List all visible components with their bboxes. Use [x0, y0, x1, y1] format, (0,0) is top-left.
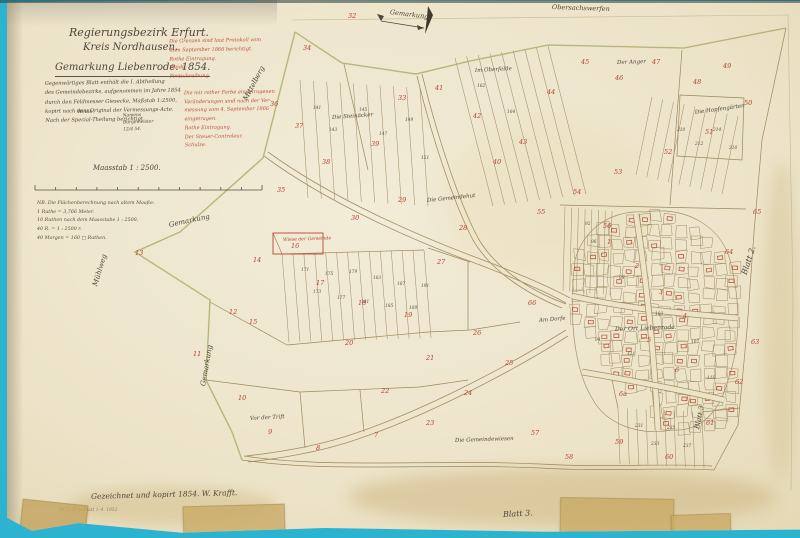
parcel-number: 38 — [322, 158, 330, 166]
parcel-number: 19 — [404, 311, 412, 319]
parcel-number: 61 — [706, 419, 714, 427]
parcel-number: 141 — [313, 106, 321, 111]
parcel-number: 60 — [665, 453, 673, 461]
parcel-number: 28 — [459, 224, 467, 232]
red-annotations: Die Grenzen sind laut Protokoll vom4ten … — [169, 34, 356, 150]
parcel-number: 24 — [464, 389, 472, 397]
parcel-number: 3 — [659, 288, 663, 296]
parcel-number: 210 — [677, 128, 685, 133]
parcel-number: 21 — [426, 354, 434, 362]
note-word: Weide. — [77, 109, 94, 115]
parcel-number: 37 — [295, 122, 303, 130]
parcel-number: 16 — [291, 242, 299, 250]
parcel-number: 14 — [253, 256, 261, 264]
parcel-number: 177 — [337, 296, 345, 301]
map-sheet: Regierungsbezirk Erfurt. Kreis Nordhause… — [7, 0, 800, 536]
parcel-number: 179 — [349, 270, 357, 275]
parcel-number: 46 — [615, 74, 623, 82]
parcel-number: 151 — [421, 156, 429, 161]
parcel-number: 92 — [585, 222, 590, 227]
parcel-number: 43 — [519, 138, 527, 146]
parcel-number: 26 — [473, 329, 481, 337]
parcel-number: 96 — [591, 240, 596, 245]
parcel-number: 53 — [614, 168, 622, 176]
parcel-number: 94 — [595, 338, 600, 343]
parcel-number: 45 — [581, 58, 589, 66]
parcel-number: 13 — [135, 249, 143, 257]
annotation-line: 40 R. = 1 : 2500 r. — [37, 226, 287, 235]
parcel-number: 20 — [345, 339, 353, 347]
parcel-number: 29 — [398, 196, 406, 204]
parcel-number: 8 — [316, 444, 320, 452]
parcel-number: 149 — [405, 118, 413, 123]
parcel-number: 39 — [371, 140, 379, 148]
parcel-number: 36 — [270, 100, 278, 108]
parcel-number: 57 — [531, 429, 539, 437]
parcel-number: 212 — [695, 142, 703, 147]
parcel-number: 49 — [723, 62, 731, 70]
parcel-number: 5 — [647, 336, 651, 344]
annotation-line: 1 Ruthe = 3,766 Meter. — [37, 209, 287, 218]
parcel-number: 9 — [268, 428, 272, 436]
parcel-number: 63 — [751, 338, 759, 346]
annotation-line: 40 Morgen = 160 □ Ruthen. — [37, 235, 287, 244]
parcel-number: 143 — [329, 128, 337, 133]
parcel-number: 214 — [713, 128, 721, 133]
parcel-number: 103 — [655, 312, 663, 317]
parcel-number: 47 — [652, 58, 660, 66]
parcel-number: 54 — [573, 188, 581, 196]
parcel-number: 1 — [607, 238, 611, 246]
parcel-number: 164 — [507, 110, 515, 115]
parcel-number: 41 — [435, 84, 443, 92]
parcel-number: 237 — [683, 444, 691, 449]
parcel-number: 175 — [325, 272, 333, 277]
parcel-number: 111 — [627, 352, 635, 357]
parcel-number: 32 — [348, 12, 356, 20]
sheet-frame — [292, 15, 793, 490]
parcel-number: 191 — [421, 284, 429, 289]
parcel-number: 10 — [238, 394, 246, 402]
map-label: Blatt 3. — [503, 508, 533, 519]
parcel-number: 185 — [385, 304, 393, 309]
parcel-number: 58 — [565, 453, 573, 461]
map-label: Der Anger — [617, 59, 646, 66]
parcel-number: 15 — [249, 318, 257, 326]
parcel-number: 4 — [683, 312, 687, 320]
annotation-line: 12/4 54. — [123, 126, 154, 134]
parcel-number: 64 — [725, 248, 733, 256]
parcel-number: 183 — [373, 276, 381, 281]
parcel-number: 42 — [473, 112, 481, 120]
parcel-number: 147 — [379, 132, 387, 137]
parcel-number: 25 — [505, 359, 513, 367]
annotation-line: NB. Die Flächenberechnung nach altem Maa… — [37, 200, 287, 209]
parcel-number: 33 — [398, 94, 406, 102]
parcel-number: 52 — [664, 148, 672, 156]
parcel-number: 50 — [744, 99, 752, 107]
parcel-number: 7 — [374, 431, 378, 439]
annotation-line: 10 Ruthen nach dem Maasstabe 1 : 2500, — [37, 217, 287, 226]
parcel-number: 22 — [381, 387, 389, 395]
parcel-number: 189 — [409, 306, 417, 311]
parcel-number: 98 — [619, 276, 624, 281]
parcel-number: 30 — [351, 214, 359, 222]
parcel-number: 35 — [277, 186, 285, 194]
parcel-number: 107 — [691, 340, 699, 345]
parcel-number: 66 — [528, 299, 536, 307]
parcel-number: 59 — [615, 438, 623, 446]
parcel-number: 231 — [635, 424, 643, 429]
parcel-number: 187 — [397, 282, 405, 287]
parcel-number: 115 — [707, 376, 715, 381]
scan-background: Regierungsbezirk Erfurt. Kreis Nordhause… — [0, 0, 800, 538]
clerk-note: NamensBurgemeister12/4 54. — [123, 111, 154, 133]
parcel-number: 65 — [753, 208, 761, 216]
parcel-number: 27 — [437, 258, 445, 266]
parcel-number: 55 — [537, 208, 545, 216]
parcel-number: 6 — [675, 366, 679, 374]
parcel-number: 23 — [426, 419, 434, 427]
parcel-number: 2 — [635, 262, 639, 270]
parcel-number: 173 — [313, 290, 321, 295]
parcel-number: 56 — [603, 222, 611, 230]
parcel-number: 235 — [667, 426, 675, 431]
parcel-number: 48 — [693, 78, 701, 86]
parcel-number: 181 — [361, 300, 369, 305]
scale-heading: Maasstab 1 : 2500. — [93, 164, 161, 172]
parcel-number: 233 — [651, 442, 659, 447]
tape-patch — [560, 497, 675, 535]
parcel-number: 44 — [547, 88, 555, 96]
parcel-number: 171 — [301, 268, 309, 273]
parcel-number: 216 — [729, 146, 737, 151]
parcel-number: 17 — [316, 279, 324, 287]
parcel-number: 6a — [619, 390, 627, 398]
parcel-number: 12 — [229, 308, 237, 316]
parcel-number: 162 — [477, 84, 485, 89]
parcel-number: 62 — [735, 378, 743, 386]
tape-patch — [183, 504, 286, 536]
scale-notes: NB. Die Flächenberechnung nach altem Maa… — [37, 200, 287, 243]
parcel-number: 145 — [359, 108, 367, 113]
parcel-number: 34 — [303, 44, 311, 52]
tape-patch — [671, 513, 732, 537]
parcel-number: 11 — [193, 350, 201, 358]
parcel-number: 40 — [493, 158, 501, 166]
